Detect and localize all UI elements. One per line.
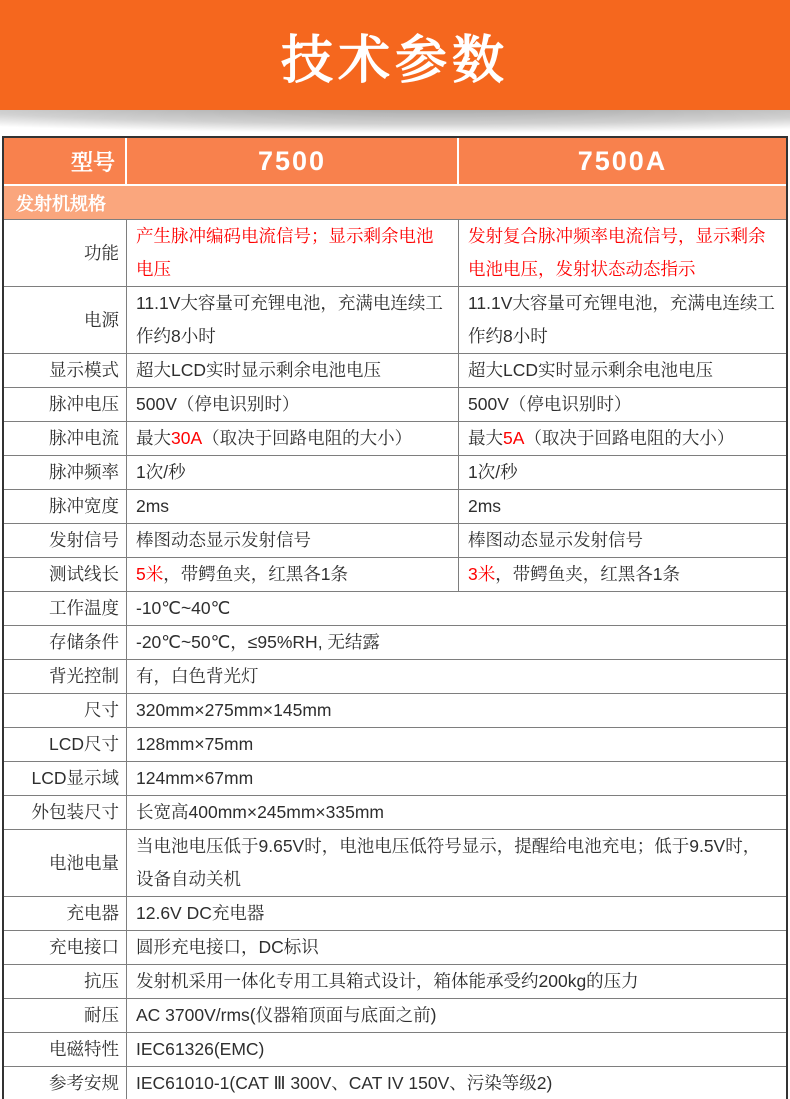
header-model-label: 型号 [4, 138, 127, 184]
header-col-7500: 7500 [127, 138, 459, 184]
row-label: LCD尺寸 [4, 728, 127, 761]
section-header-transmitter-specs: 发射机规格 [4, 186, 786, 219]
header-col-7500a: 7500A [459, 138, 786, 184]
row-value: 128mm×75mm [127, 728, 786, 761]
table-row: 外包装尺寸长宽高400mm×245mm×335mm [4, 795, 786, 829]
table-row: 背光控制有，白色背光灯 [4, 659, 786, 693]
row-label: 充电器 [4, 897, 127, 930]
row-label: 发射信号 [4, 524, 127, 557]
banner-shadow [0, 110, 790, 136]
row-label: 脉冲电压 [4, 388, 127, 421]
row-value: 2ms [127, 490, 459, 523]
row-label: 充电接口 [4, 931, 127, 964]
row-value: 产生脉冲编码电流信号；显示剩余电池电压 [127, 220, 459, 286]
row-value: 最大30A（取决于回路电阻的大小） [127, 422, 459, 455]
table-row: 存储条件-20℃~50℃，≤95%RH, 无结露 [4, 625, 786, 659]
row-value: 5米，带鳄鱼夹，红黑各1条 [127, 558, 459, 591]
table-row: 显示模式超大LCD实时显示剩余电池电压超大LCD实时显示剩余电池电压 [4, 353, 786, 387]
row-value: 3米，带鳄鱼夹，红黑各1条 [459, 558, 786, 591]
row-value: 超大LCD实时显示剩余电池电压 [459, 354, 786, 387]
row-value: 12.6V DC充电器 [127, 897, 786, 930]
table-row: 脉冲宽度2ms2ms [4, 489, 786, 523]
table-row: 尺寸320mm×275mm×145mm [4, 693, 786, 727]
row-value: 棒图动态显示发射信号 [127, 524, 459, 557]
table-row: 充电器12.6V DC充电器 [4, 896, 786, 930]
row-label: 抗压 [4, 965, 127, 998]
row-label: 功能 [4, 220, 127, 286]
row-value: 500V（停电识别时） [127, 388, 459, 421]
row-value: 11.1V大容量可充锂电池，充满电连续工作约8小时 [127, 287, 459, 353]
row-label: 脉冲频率 [4, 456, 127, 489]
row-label: 脉冲宽度 [4, 490, 127, 523]
row-value: 1次/秒 [127, 456, 459, 489]
row-label: 电池电量 [4, 830, 127, 896]
page: 技术参数 型号 7500 7500A 发射机规格 功能产生脉冲编码电流信号；显示… [0, 0, 790, 1099]
table-row: 抗压发射机采用一体化专用工具箱式设计，箱体能承受约200kg的压力 [4, 964, 786, 998]
table-row: 电源11.1V大容量可充锂电池，充满电连续工作约8小时11.1V大容量可充锂电池… [4, 286, 786, 353]
row-value: 长宽高400mm×245mm×335mm [127, 796, 786, 829]
row-label: 电源 [4, 287, 127, 353]
page-title: 技术参数 [281, 18, 509, 93]
table-row: 耐压AC 3700V/rms(仪器箱顶面与底面之前) [4, 998, 786, 1032]
row-value: IEC61010-1(CAT Ⅲ 300V、CAT IV 150V、污染等级2) [127, 1067, 786, 1099]
row-label: 外包装尺寸 [4, 796, 127, 829]
table-header-row: 型号 7500 7500A [4, 138, 786, 186]
row-label: 显示模式 [4, 354, 127, 387]
row-value: 2ms [459, 490, 786, 523]
table-row: 脉冲频率1次/秒1次/秒 [4, 455, 786, 489]
row-label: 背光控制 [4, 660, 127, 693]
table-row: 电磁特性IEC61326(EMC) [4, 1032, 786, 1066]
row-value: -20℃~50℃，≤95%RH, 无结露 [127, 626, 786, 659]
row-value: 320mm×275mm×145mm [127, 694, 786, 727]
table-row: LCD尺寸128mm×75mm [4, 727, 786, 761]
title-banner: 技术参数 [0, 0, 790, 110]
table-body: 功能产生脉冲编码电流信号；显示剩余电池电压发射复合脉冲频率电流信号，显示剩余电池… [4, 219, 786, 1099]
row-value: IEC61326(EMC) [127, 1033, 786, 1066]
row-label: 脉冲电流 [4, 422, 127, 455]
row-value: 1次/秒 [459, 456, 786, 489]
row-value: 圆形充电接口，DC标识 [127, 931, 786, 964]
row-value: 发射复合脉冲频率电流信号，显示剩余电池电压，发射状态动态指示 [459, 220, 786, 286]
table-row: 测试线长5米，带鳄鱼夹，红黑各1条3米，带鳄鱼夹，红黑各1条 [4, 557, 786, 591]
row-value: 500V（停电识别时） [459, 388, 786, 421]
table-row: 发射信号棒图动态显示发射信号棒图动态显示发射信号 [4, 523, 786, 557]
row-label: 耐压 [4, 999, 127, 1032]
table-row: 参考安规IEC61010-1(CAT Ⅲ 300V、CAT IV 150V、污染… [4, 1066, 786, 1099]
row-label: 尺寸 [4, 694, 127, 727]
spec-table: 型号 7500 7500A 发射机规格 功能产生脉冲编码电流信号；显示剩余电池电… [2, 136, 788, 1099]
row-label: 参考安规 [4, 1067, 127, 1099]
row-value: 最大5A（取决于回路电阻的大小） [459, 422, 786, 455]
row-value: 当电池电压低于9.65V时，电池电压低符号显示，提醒给电池充电；低于9.5V时，… [127, 830, 786, 896]
row-value: 有，白色背光灯 [127, 660, 786, 693]
row-value: 棒图动态显示发射信号 [459, 524, 786, 557]
row-value: AC 3700V/rms(仪器箱顶面与底面之前) [127, 999, 786, 1032]
table-row: 充电接口圆形充电接口，DC标识 [4, 930, 786, 964]
table-row: 电池电量当电池电压低于9.65V时，电池电压低符号显示，提醒给电池充电；低于9.… [4, 829, 786, 896]
table-row: LCD显示域124mm×67mm [4, 761, 786, 795]
row-label: LCD显示域 [4, 762, 127, 795]
row-value: 发射机采用一体化专用工具箱式设计，箱体能承受约200kg的压力 [127, 965, 786, 998]
row-value: 124mm×67mm [127, 762, 786, 795]
row-value: 超大LCD实时显示剩余电池电压 [127, 354, 459, 387]
table-row: 脉冲电流最大30A（取决于回路电阻的大小）最大5A（取决于回路电阻的大小） [4, 421, 786, 455]
row-value: -10℃~40℃ [127, 592, 786, 625]
table-row: 工作温度-10℃~40℃ [4, 591, 786, 625]
table-row: 功能产生脉冲编码电流信号；显示剩余电池电压发射复合脉冲频率电流信号，显示剩余电池… [4, 219, 786, 286]
row-label: 电磁特性 [4, 1033, 127, 1066]
row-label: 存储条件 [4, 626, 127, 659]
table-row: 脉冲电压500V（停电识别时）500V（停电识别时） [4, 387, 786, 421]
row-label: 工作温度 [4, 592, 127, 625]
row-value: 11.1V大容量可充锂电池，充满电连续工作约8小时 [459, 287, 786, 353]
row-label: 测试线长 [4, 558, 127, 591]
